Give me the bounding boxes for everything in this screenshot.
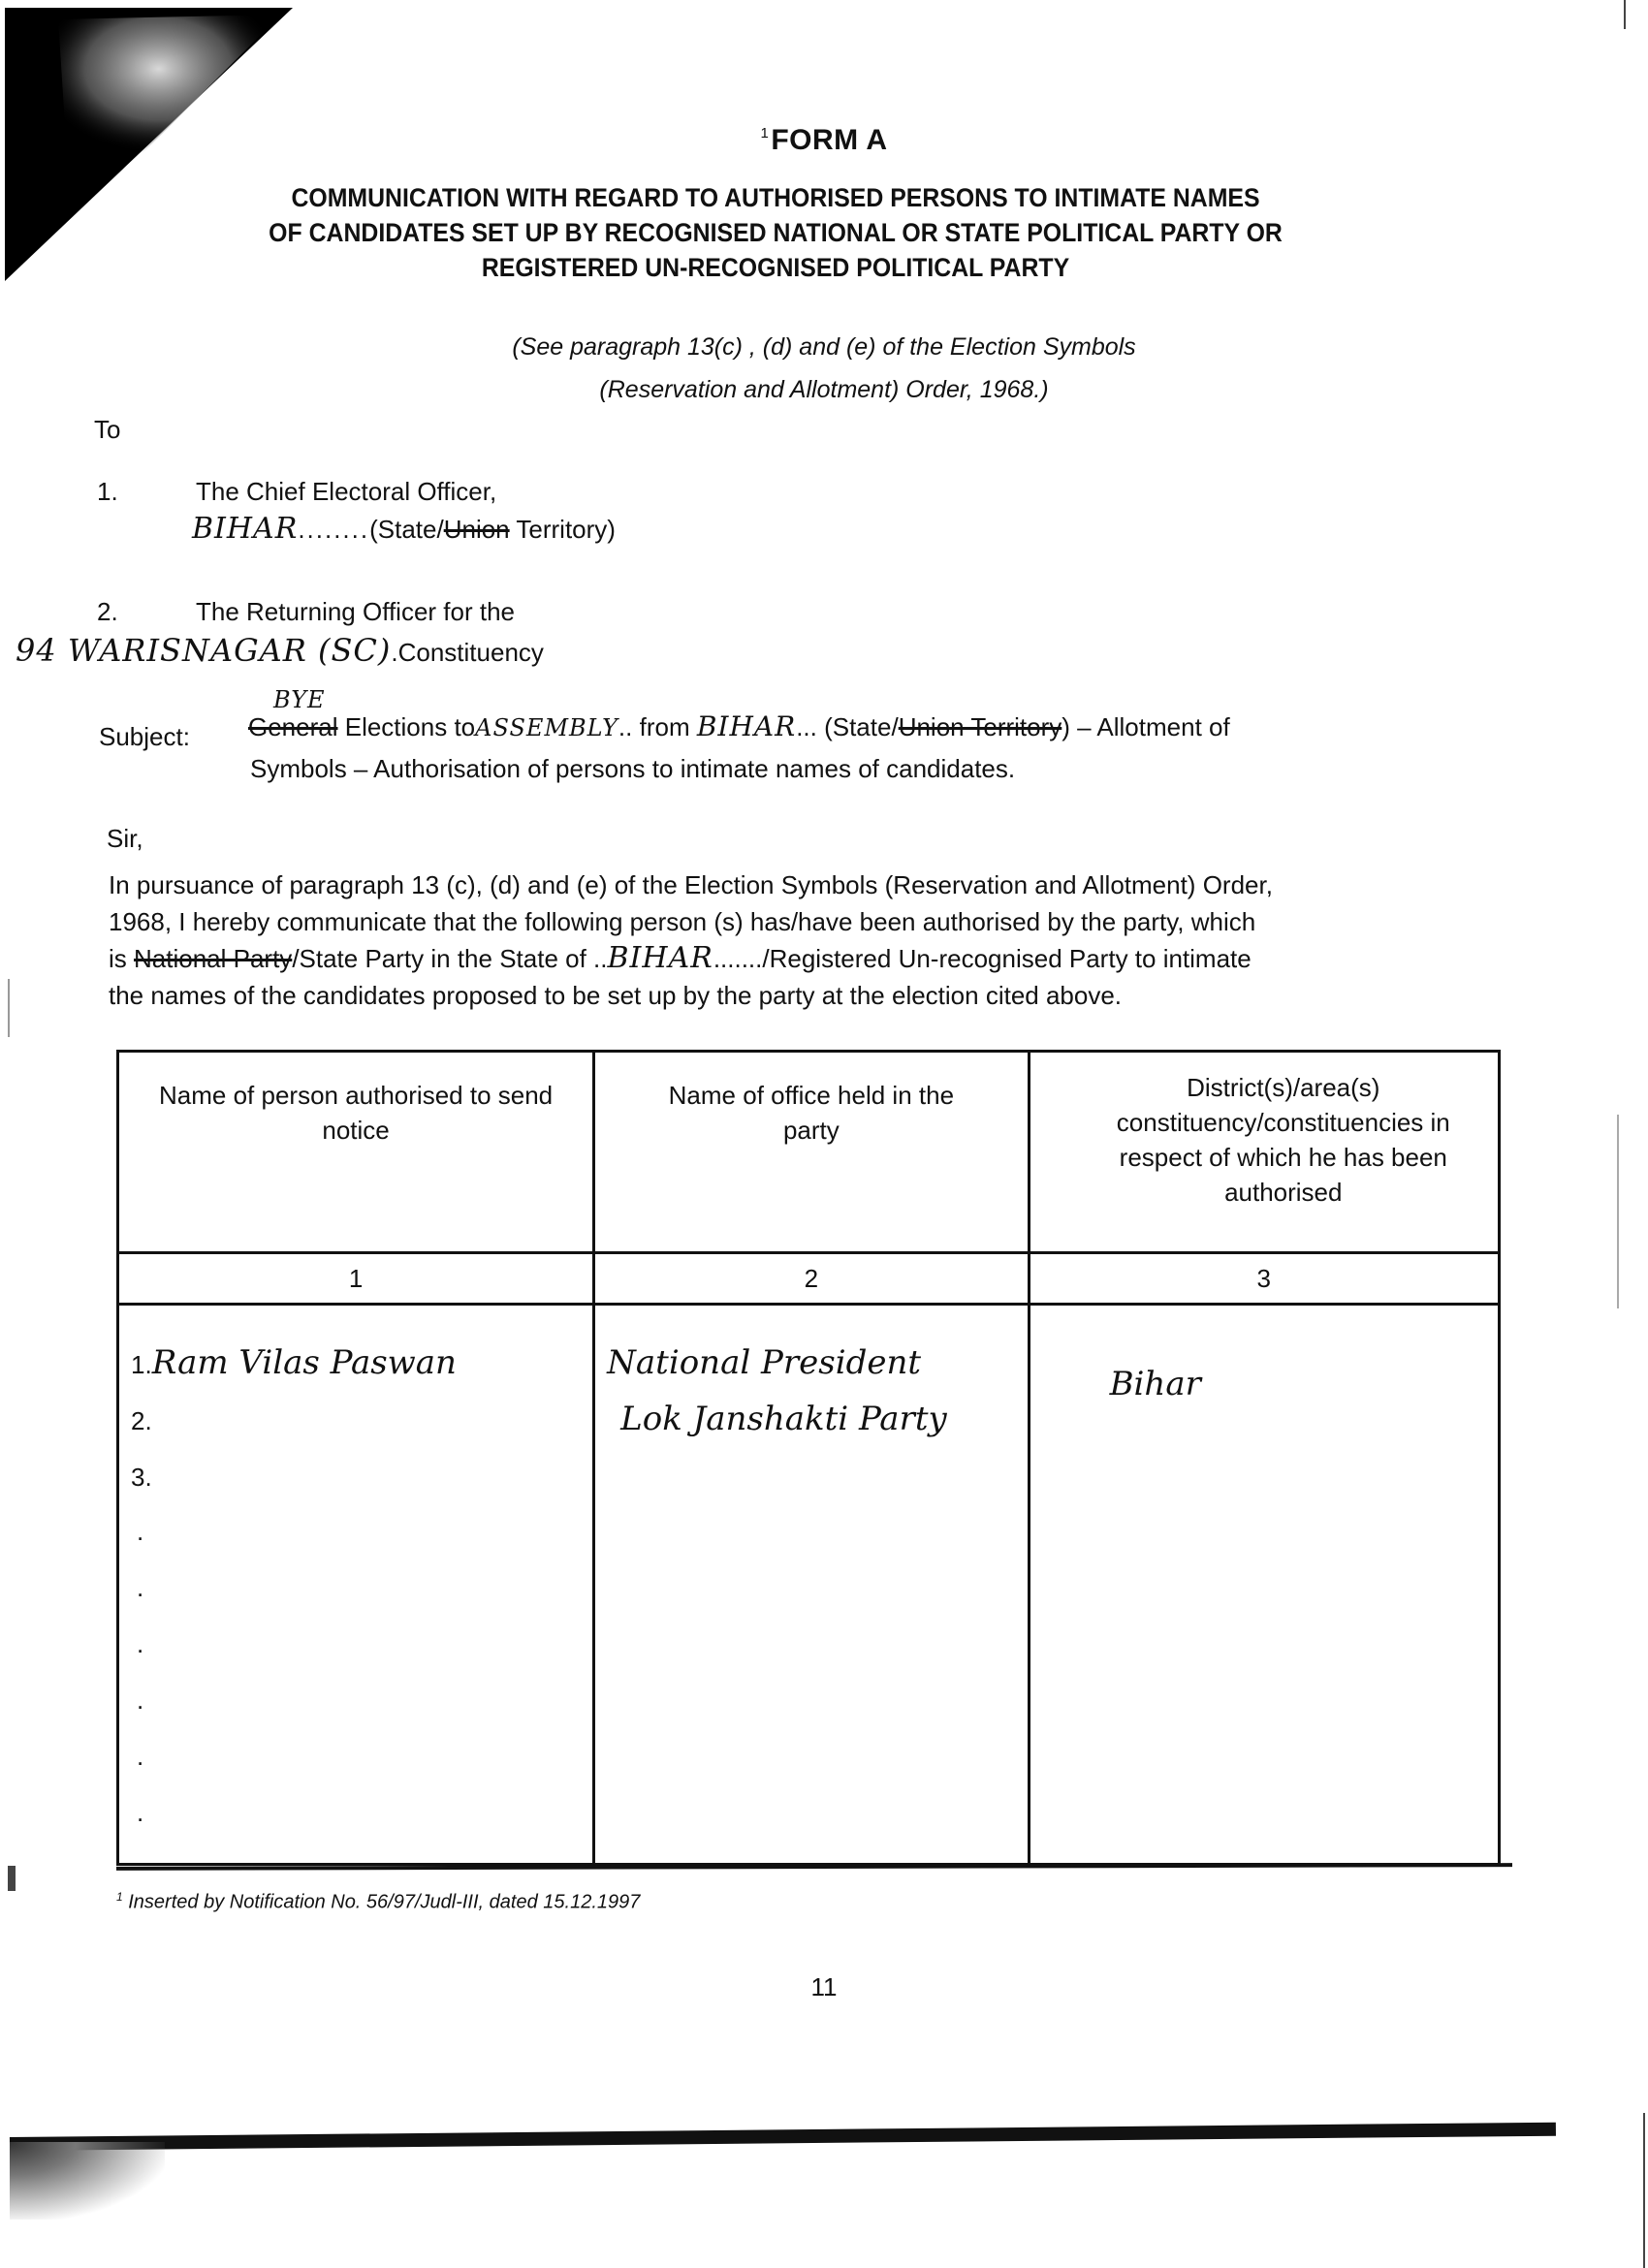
area-cell[interactable]: Bihar [1029, 1305, 1499, 1865]
body-paragraph: In pursuance of paragraph 13 (c), (d) an… [109, 866, 1485, 1014]
footnote: 1 Inserted by Notification No. 56/97/Jud… [116, 1890, 640, 1914]
heading-line: OF CANDIDATES SET UP BY RECOGNISED NATIO… [196, 215, 1355, 250]
column-header-person: Name of person authorised to send notice [118, 1052, 594, 1253]
list-item[interactable]: 1.Ram Vilas Paswan [131, 1335, 581, 1391]
placeholder-dot: . [131, 1503, 581, 1559]
legal-reference: (See paragraph 13(c) , (d) and (e) of th… [0, 326, 1648, 411]
handwritten-state-field[interactable]: BIHAR [192, 512, 298, 546]
row-number: 2. [131, 1406, 152, 1435]
text: Territory) [510, 515, 616, 544]
row-number: 3. [131, 1463, 152, 1492]
addressee-2-title: The Returning Officer for the [196, 597, 515, 627]
handwritten-election-type[interactable]: BYE [273, 686, 326, 713]
column-header-office: Name of office held in the party [594, 1052, 1029, 1253]
dots-filler: .. [618, 712, 632, 741]
handwritten-office-line: Lok Janshakti Party [607, 1391, 1015, 1447]
scan-edge-mark [8, 979, 10, 1037]
dots-filler: ........ [298, 515, 369, 544]
placeholder-dot: . [131, 1559, 581, 1616]
scan-edge-artifact [10, 2123, 1556, 2151]
title-footnote-marker: 1 [760, 125, 769, 142]
addressee-2-number: 2. [97, 597, 118, 627]
addressee-1-title: The Chief Electoral Officer, [196, 477, 496, 507]
column-number: 2 [594, 1253, 1029, 1305]
text: (State/ [369, 515, 444, 544]
reference-line: (Reservation and Allotment) Order, 1968.… [0, 368, 1648, 411]
reference-line: (See paragraph 13(c) , (d) and (e) of th… [0, 326, 1648, 368]
scan-edge-mark [1643, 2113, 1645, 2268]
handwritten-state-field[interactable]: BIHAR [697, 710, 796, 742]
struck-text: Union Territory [899, 712, 1062, 741]
text: .Constituency [391, 638, 544, 667]
body-line: is National Party/State Party in the Sta… [109, 940, 1485, 977]
form-title: 1FORM A [0, 124, 1648, 157]
scan-edge-mark [8, 1866, 16, 1891]
heading-line: COMMUNICATION WITH REGARD TO AUTHORISED … [196, 180, 1355, 215]
list-item[interactable]: 2. [131, 1391, 581, 1447]
subject-line-2: Symbols – Authorisation of persons to in… [250, 754, 1015, 784]
addressee-1-number: 1. [97, 477, 118, 507]
page-number: 11 [0, 1972, 1648, 2002]
dots-filler: ....... [713, 944, 763, 973]
table-header-row: Name of person authorised to send notice… [118, 1052, 1500, 1253]
form-heading: COMMUNICATION WITH REGARD TO AUTHORISED … [196, 180, 1355, 285]
table-number-row: 1 2 3 [118, 1253, 1500, 1305]
scan-edge-mark [1624, 0, 1626, 29]
struck-text: General [248, 712, 338, 741]
handwritten-constituency-field[interactable]: 94 WARISNAGAR (SC) [16, 632, 391, 669]
subject-label: Subject: [99, 722, 190, 752]
list-item[interactable]: 3. [131, 1447, 581, 1503]
table-row: 1.Ram Vilas Paswan 2. 3. . . . . . . Nat… [118, 1305, 1500, 1865]
column-number: 1 [118, 1253, 594, 1305]
text: ) – Allotment of [1062, 712, 1229, 741]
column-number: 3 [1029, 1253, 1499, 1305]
text: is [109, 944, 134, 973]
scan-edge-mark [1617, 1115, 1619, 1308]
body-line: the names of the candidates proposed to … [109, 977, 1485, 1014]
persons-cell: 1.Ram Vilas Paswan 2. 3. . . . . . . [118, 1305, 594, 1865]
addressee-2-constituency-line: 94 WARISNAGAR (SC).Constituency [16, 632, 544, 669]
placeholder-dot: . [131, 1672, 581, 1728]
text: from [632, 712, 696, 741]
text: /Registered Un-recognised Party to intim… [762, 944, 1251, 973]
body-line: In pursuance of paragraph 13 (c), (d) an… [109, 866, 1485, 903]
salutation: Sir, [107, 824, 143, 854]
body-line: 1968, I hereby communicate that the foll… [109, 903, 1485, 940]
handwritten-office-line: National President [607, 1335, 1015, 1391]
authorisation-table: Name of person authorised to send notice… [116, 1050, 1501, 1866]
placeholder-dot: . [131, 1784, 581, 1841]
row-number: 1. [131, 1350, 152, 1379]
subject-line-1: General Elections toASSEMBLY.. from BIHA… [248, 710, 1230, 742]
text: /State Party in the State of .. [292, 944, 607, 973]
form-title-text: FORM A [771, 124, 887, 156]
handwritten-area: Bihar [1042, 1335, 1486, 1412]
handwritten-state-field[interactable]: BIHAR [608, 941, 713, 975]
scan-smudge-artifact [10, 2142, 165, 2220]
text: (State/ [817, 712, 899, 741]
office-cell[interactable]: National President Lok Janshakti Party [594, 1305, 1029, 1865]
handwritten-body-field[interactable]: ASSEMBLY [475, 714, 618, 741]
text: Elections to [338, 712, 476, 741]
to-label: To [94, 415, 120, 445]
footnote-text: Inserted by Notification No. 56/97/Judl-… [128, 1892, 640, 1913]
column-header-area: District(s)/area(s) constituency/constit… [1029, 1052, 1499, 1253]
placeholder-dot: . [131, 1728, 581, 1784]
handwritten-bye: BYE [273, 686, 326, 713]
struck-text: Union [444, 515, 510, 544]
dots-filler: ... [796, 712, 817, 741]
addressee-1-state-line: BIHAR........(State/Union Territory) [192, 512, 616, 546]
footnote-marker: 1 [116, 1890, 123, 1904]
handwritten-person-name: Ram Vilas Paswan [152, 1343, 457, 1382]
placeholder-dot: . [131, 1616, 581, 1672]
heading-line: REGISTERED UN-RECOGNISED POLITICAL PARTY [196, 250, 1355, 285]
struck-text: National Party [134, 944, 292, 973]
